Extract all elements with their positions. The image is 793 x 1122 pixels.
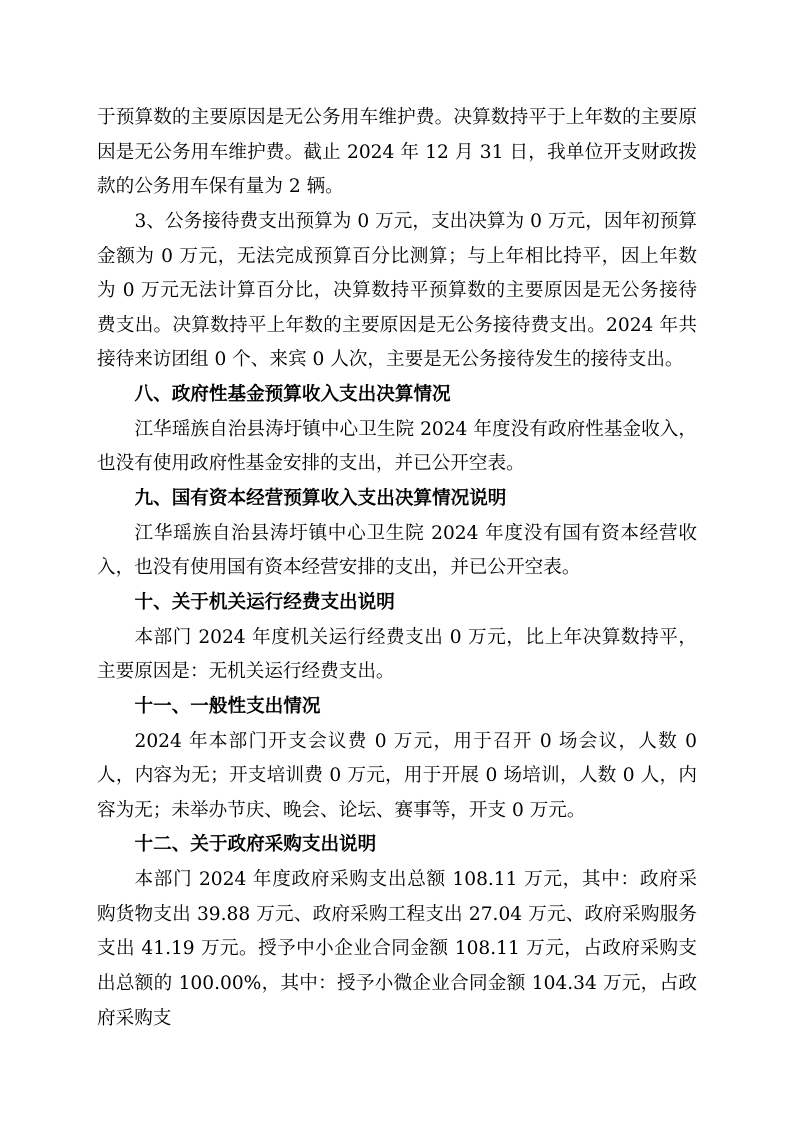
heading-government-fund-budget: 八、政府性基金预算收入支出决算情况 [97,378,697,413]
heading-state-capital-budget: 九、国有资本经营预算收入支出决算情况说明 [97,482,697,517]
heading-general-expenditure: 十一、一般性支出情况 [97,690,697,725]
heading-government-procurement: 十二、关于政府采购支出说明 [97,828,697,863]
paragraph-agency-operating-expenses: 本部门 2024 年度机关运行经费支出 0 万元，比上年决算数持平，主要原因是：… [97,621,697,690]
paragraph-government-procurement: 本部门 2024 年度政府采购支出总额 108.11 万元，其中：政府采购货物支… [97,863,697,1036]
paragraph-general-expenditure: 2024 年本部门开支会议费 0 万元，用于召开 0 场会议，人数 0 人，内容… [97,725,697,829]
paragraph-government-fund-budget: 江华瑶族自治县涛圩镇中心卫生院 2024 年度没有政府性基金收入，也没有使用政府… [97,413,697,482]
heading-agency-operating-expenses: 十、关于机关运行经费支出说明 [97,586,697,621]
paragraph-state-capital-budget: 江华瑶族自治县涛圩镇中心卫生院 2024 年度没有国有资本经营收入，也没有使用国… [97,517,697,586]
document-page: 于预算数的主要原因是无公务用车维护费。决算数持平于上年数的主要原因是无公务用车维… [97,101,697,1036]
paragraph-reception-expenses: 3、公务接待费支出预算为 0 万元，支出决算为 0 万元，因年初预算金额为 0 … [97,205,697,378]
paragraph-vehicle-maintenance-continued: 于预算数的主要原因是无公务用车维护费。决算数持平于上年数的主要原因是无公务用车维… [97,101,697,205]
